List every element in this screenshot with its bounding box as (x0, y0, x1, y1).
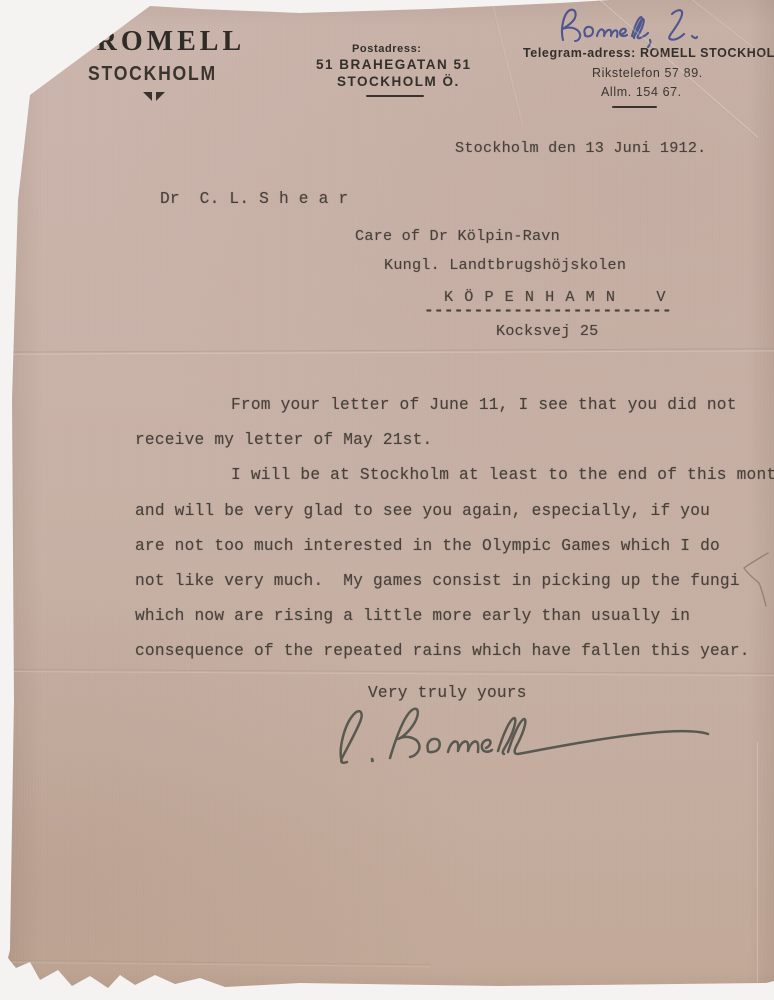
stain (4, 492, 11, 498)
letter-paper: L. ROMELL STOCKHOLM Postadress: 51 BRAHE… (0, 0, 774, 1000)
edge-tear (0, 0, 774, 1000)
